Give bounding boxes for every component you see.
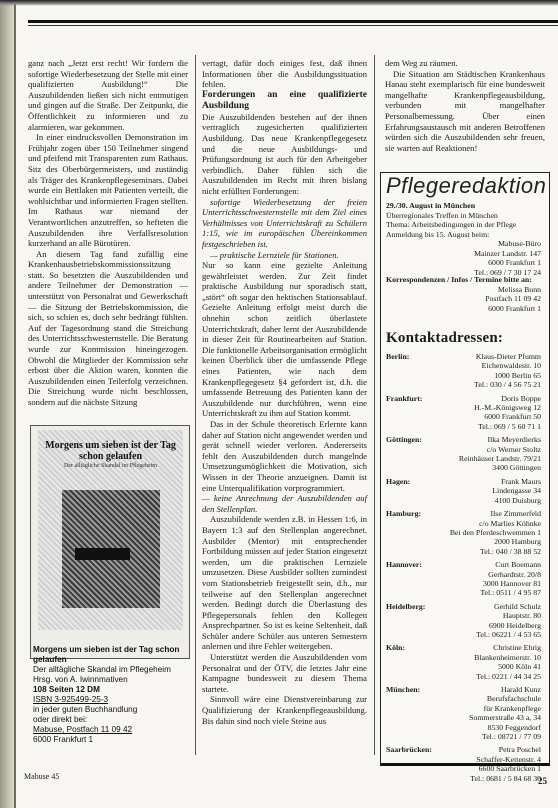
address-line: Christine Ehrig xyxy=(446,643,541,652)
paragraph: Sinnvoll wäre eine Dienstvereinbarung zu… xyxy=(202,694,367,726)
header-rule-thin xyxy=(28,25,558,26)
address-line: Tel.: 08721 / 77 09 xyxy=(446,732,541,741)
ad-subtitle: Der alltägliche Skandal im Pflegeheim xyxy=(33,665,188,675)
magazine-footer: Mabuse 45 xyxy=(24,772,59,781)
ad-city: 6000 Frankfurt 1 xyxy=(33,735,188,745)
contacts-heading: Kontaktadressen: xyxy=(386,330,503,347)
photo-band xyxy=(75,548,130,560)
contact-city: Frankfurt: xyxy=(386,394,446,432)
paragraph: Nur so kann eine gezielte Anleitung gewä… xyxy=(202,260,367,419)
address-line: c/o Marlies Köhnke xyxy=(446,519,541,528)
paragraph: Die Situation am Städtischen Krankenhaus… xyxy=(385,69,545,154)
contact-address: Christine Ehrig Blankenheimerstr. 10 500… xyxy=(446,643,541,681)
contact-entry: Göttingen: Ilka Meyerdierks c/o Werner S… xyxy=(386,435,541,473)
contact-city: Hannover: xyxy=(386,560,446,598)
reg-address-line: Mabuse-Büro xyxy=(386,239,541,249)
contact-entry: Hamburg: Ilse Zimmerfeld c/o Marlies Köh… xyxy=(386,509,541,556)
address-line: Sommerstraße 43 a, 34 xyxy=(446,713,541,722)
article-column-2: vertagt, dafür doch einiges fest, daß ih… xyxy=(202,58,367,726)
address-line: 5000 Köln 41 xyxy=(446,662,541,671)
address-line: 8530 Feggendorf xyxy=(446,723,541,732)
contact-city: Hamburg: xyxy=(386,509,446,556)
event-theme: Thema: Arbeitsbedingungen in der Pflege xyxy=(386,220,541,230)
address-line: 3000 Hannover 81 xyxy=(446,579,541,588)
address-line: Ilse Zimmerfeld xyxy=(446,509,541,518)
korr-address-line: 6000 Frankfurt 1 xyxy=(386,304,541,314)
section-heading: Forderungen an eine qualifizierte Ausbil… xyxy=(202,90,367,112)
ad-availability-2: oder direkt bei: xyxy=(33,715,188,725)
event-info: 29./30. August in München Überregionales… xyxy=(386,201,541,277)
address-line: Lindengasse 34 xyxy=(446,486,541,495)
address-line: für Krankenpflege xyxy=(446,704,541,713)
contact-city: München: xyxy=(386,685,446,741)
ad-text: Morgens um sieben ist der Tag schon gela… xyxy=(33,645,188,745)
contact-address: Petra Poschel Schaffer-Kettenstr. 4 6600… xyxy=(446,745,541,783)
address-line: Tel.: 030 / 4 56 75 21 xyxy=(446,380,541,389)
address-line: Tel.: 0221 / 44 34 25 xyxy=(446,672,541,681)
contact-city: Hagen: xyxy=(386,477,446,505)
contact-city: Göttingen: xyxy=(386,435,446,473)
address-line: Reinhäuser Landstr. 79/21 xyxy=(446,454,541,463)
header-rule xyxy=(28,20,558,23)
address-line: 6000 Frankfurt 50 xyxy=(446,412,541,421)
ad-availability: in jeder guten Buchhandlung xyxy=(33,705,188,715)
box-title: Pflegeredaktion xyxy=(386,173,546,199)
contact-entry: Saarbrücken: Petra Poschel Schaffer-Kett… xyxy=(386,745,541,783)
contact-city: Saarbrücken: xyxy=(386,745,446,783)
correspondence-info: Korrespondenzen / Infos / Termine bitte … xyxy=(386,275,541,313)
address-line: 6600 Saarbrücken 1 xyxy=(446,764,541,773)
contact-address: Klaus-Dieter Pfumm Eichenwaldestr. 10 10… xyxy=(446,352,541,390)
contact-city: Heidelberg: xyxy=(386,602,446,640)
contact-address: Doris Boppe H.-M.-Königsweg 12 6000 Fran… xyxy=(446,394,541,432)
address-line: 1000 Berlin 65 xyxy=(446,371,541,380)
article-column-3: dem Weg zu räumen. Die Situation am Städ… xyxy=(385,58,545,153)
ad-title: Morgens um sieben ist der Tag schon gela… xyxy=(33,645,188,665)
address-line: Doris Boppe xyxy=(446,394,541,403)
contact-entry: Hannover: Curt Boemann Gerhardtstr. 20/8… xyxy=(386,560,541,598)
paragraph: vertagt, dafür doch einiges fest, daß ih… xyxy=(202,58,367,90)
contact-entry: Hagen: Frank Maurs Lindengasse 34 4100 D… xyxy=(386,477,541,505)
paragraph: Die Auszubildenden bestehen auf der ihne… xyxy=(202,112,367,197)
ad-isbn: ISBN 3-925499-25-3 xyxy=(33,695,188,705)
contact-entry: Heidelberg: Gerhild Schulz Hauptstr. 80 … xyxy=(386,602,541,640)
contact-address: Frank Maurs Lindengasse 34 4100 Duisburg xyxy=(446,477,541,505)
paragraph: ganz nach „Jetzt erst recht! Wir fordern… xyxy=(28,58,188,132)
address-line: 2000 Hamburg xyxy=(446,537,541,546)
address-line: Gerhardtstr. 20/8 xyxy=(446,570,541,579)
contact-entry: Frankfurt: Doris Boppe H.-M.-Königsweg 1… xyxy=(386,394,541,432)
address-line: Ilka Meyerdierks xyxy=(446,435,541,444)
correspondence-label: Korrespondenzen / Infos / Termine bitte … xyxy=(386,275,541,285)
contact-city: Berlin: xyxy=(386,352,446,390)
ad-pages-price: 108 Seiten 12 DM xyxy=(33,685,188,695)
paragraph: Auszubildende werden z.B. in Hessen 1:6,… xyxy=(202,514,367,652)
demand-item: sofortige Wiederbesetzung der freien Unt… xyxy=(202,197,367,250)
page-number: 25 xyxy=(538,776,547,786)
address-line: Tel.: 0681 / 5 84 68 30 xyxy=(446,774,541,783)
address-line: Petra Poschel xyxy=(446,745,541,754)
address-line: 6900 Heidelberg xyxy=(446,621,541,630)
address-line: Klaus-Dieter Pfumm xyxy=(446,352,541,361)
paragraph: Das in der Schule theoretisch Erlernte k… xyxy=(202,419,367,493)
address-line: Frank Maurs xyxy=(446,477,541,486)
paragraph: In einer eindrucksvollen Demonstration i… xyxy=(28,132,188,249)
binding-edge xyxy=(14,0,16,808)
column-divider xyxy=(374,55,375,755)
book-cover-title: Morgens um sieben ist der Tag schon gela… xyxy=(40,440,181,462)
contact-entry: München: Harald Kunz Berufsfachschule fü… xyxy=(386,685,541,741)
paragraph: Unterstützt werden die Auszubildenden vo… xyxy=(202,652,367,694)
address-line: Schaffer-Kettenstr. 4 xyxy=(446,755,541,764)
address-line: 3400 Göttingen xyxy=(446,463,541,472)
reg-address-line: 6000 Frankfurt 1 xyxy=(386,258,541,268)
contact-entry: Berlin: Klaus-Dieter Pfumm Eichenwaldest… xyxy=(386,352,541,390)
contact-list: Berlin: Klaus-Dieter Pfumm Eichenwaldest… xyxy=(386,352,541,787)
korr-address-line: Melissa Bunn xyxy=(386,285,541,295)
address-line: Curt Boemann xyxy=(446,560,541,569)
event-date: 29./30. August in München xyxy=(386,201,541,211)
address-line: Tel.: 0511 / 4 95 87 xyxy=(446,588,541,597)
address-line: Tel.: 06221 / 4 53 65 xyxy=(446,630,541,639)
book-cover-subtitle: Der alltägliche Skandal im Pflegeheim xyxy=(40,463,181,469)
contact-address: Gerhild Schulz Hauptstr. 80 6900 Heidelb… xyxy=(446,602,541,640)
contact-address: Ilka Meyerdierks c/o Werner Stoltz Reinh… xyxy=(446,435,541,473)
address-line: 4100 Duisburg xyxy=(446,496,541,505)
article-column-1: ganz nach „Jetzt erst recht! Wir fordern… xyxy=(28,58,188,408)
address-line: Hauptstr. 80 xyxy=(446,611,541,620)
address-line: Tel.: 069 / 5 60 71 1 xyxy=(446,422,541,431)
ad-publisher: Mabuse, Postfach 11 09 42 xyxy=(33,725,188,735)
address-line: Tel.: 040 / 38 88 52 xyxy=(446,547,541,556)
address-line: Berufsfachschule xyxy=(446,694,541,703)
paragraph: An diesem Tag fand zufällig eine Kranken… xyxy=(28,249,188,408)
address-line: Gerhild Schulz xyxy=(446,602,541,611)
top-shadow xyxy=(0,0,558,6)
contact-city: Köln: xyxy=(386,643,446,681)
demand-item: — keine Anrechnung der Auszubildenden au… xyxy=(202,493,367,514)
ad-editor: Hrsg. von A. Iwinnmativen xyxy=(33,675,188,685)
address-line: c/o Werner Stoltz xyxy=(446,445,541,454)
contact-address: Ilse Zimmerfeld c/o Marlies Köhnke Bei d… xyxy=(446,509,541,556)
korr-address-line: Postfach 11 09 42 xyxy=(386,294,541,304)
address-line: Harald Kunz xyxy=(446,685,541,694)
contact-entry: Köln: Christine Ehrig Blankenheimerstr. … xyxy=(386,643,541,681)
event-description: Überregionales Treffen in München xyxy=(386,211,541,221)
reg-address-line: Mainzer Landstr. 147 xyxy=(386,249,541,259)
paragraph: dem Weg zu räumen. xyxy=(385,58,545,69)
column-divider xyxy=(195,55,196,755)
demand-item: — praktische Lernziele für Stationen. xyxy=(202,250,367,261)
address-line: Bei den Pferdeschwemmen 1 xyxy=(446,528,541,537)
registration-note: Anmeldung bis 15. August beim: xyxy=(386,230,541,240)
address-line: H.-M.-Königsweg 12 xyxy=(446,403,541,412)
address-line: Blankenheimerstr. 10 xyxy=(446,653,541,662)
address-line: Eichenwaldestr. 10 xyxy=(446,361,541,370)
contact-address: Curt Boemann Gerhardtstr. 20/8 3000 Hann… xyxy=(446,560,541,598)
contact-address: Harald Kunz Berufsfachschule für Kranken… xyxy=(446,685,541,741)
